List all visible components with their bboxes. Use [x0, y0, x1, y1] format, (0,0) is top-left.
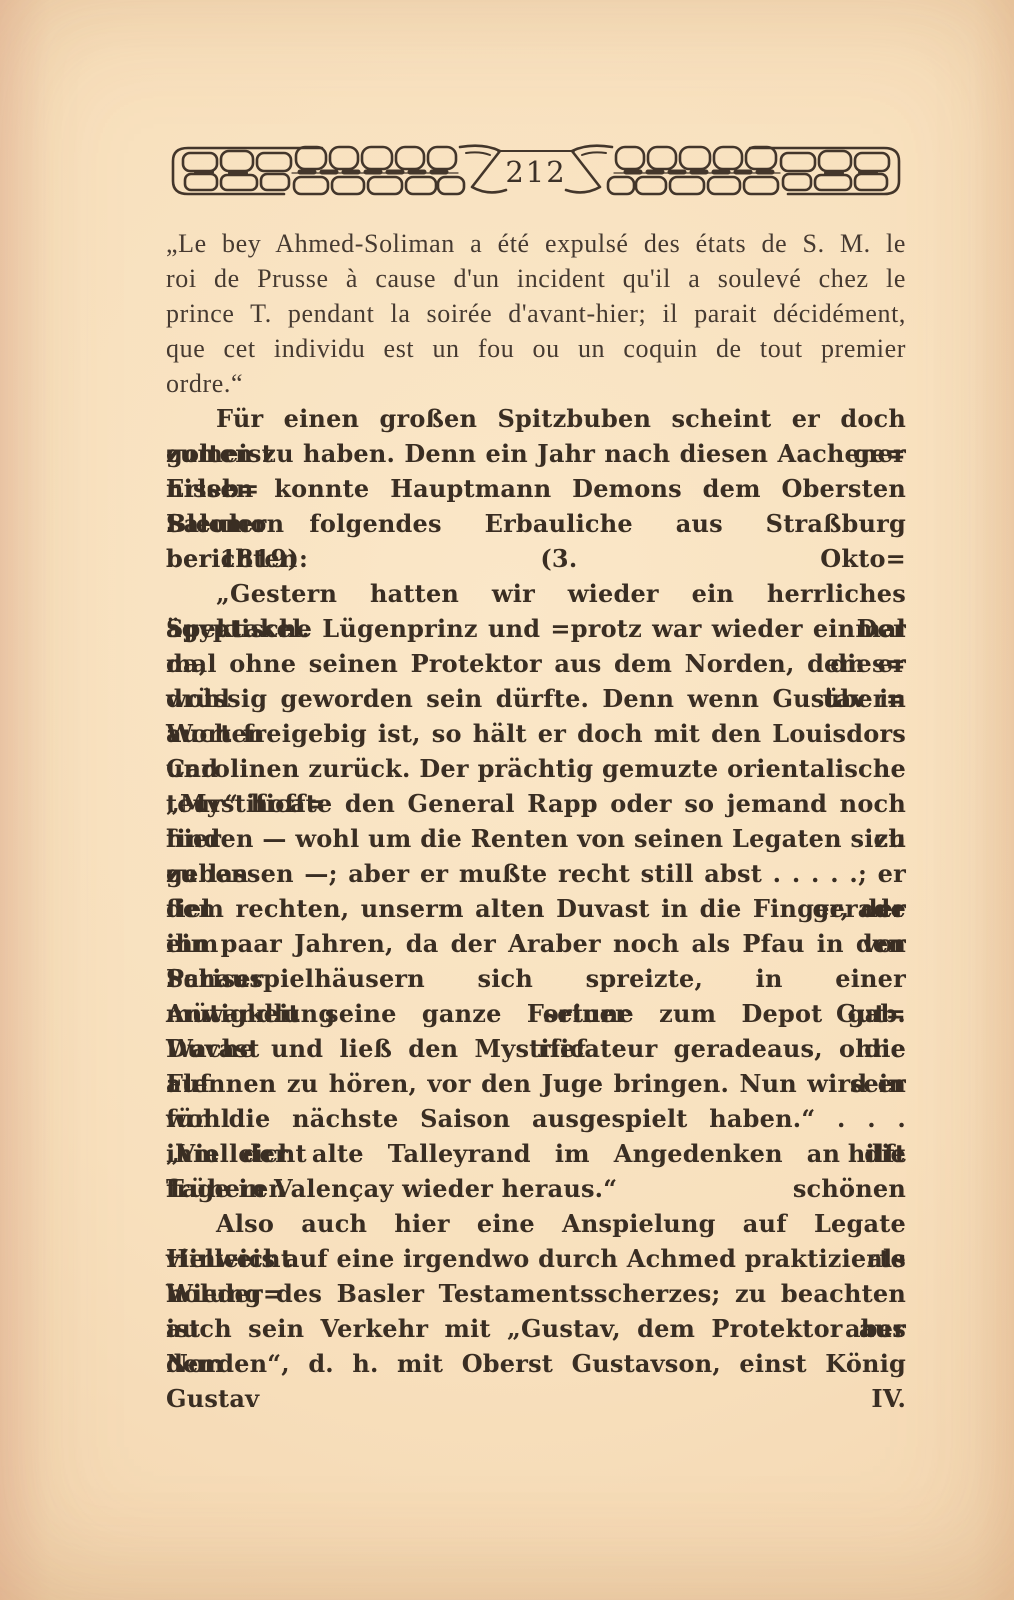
paragraph: „Le bey Ahmed-Soliman a été expulsé des … [166, 226, 906, 401]
text-line: teur“ hoffte den General Rapp oder so je… [166, 786, 906, 821]
text-line: Flennen zu hören, vor den Juge bringen. … [166, 1066, 906, 1101]
book-page: 212 „Le bey Ahmed-Soliman a été expulsé … [0, 0, 1014, 1600]
text-line: drüssig geworden sein dürfte. Denn wenn … [166, 681, 906, 716]
text-line: „Gestern hatten wir wieder ein herrliche… [166, 576, 906, 611]
text-line: „Le bey Ahmed-Soliman a été expulsé des … [166, 226, 906, 261]
text-line: nissen konnte Hauptmann Demons dem Obers… [166, 471, 906, 506]
text-line: ägyptische Lügenprinz und =protz war wie… [166, 611, 906, 646]
text-line: holung des Basler Testamentsscherzes; zu… [166, 1276, 906, 1311]
text-line: auch freigebig ist, so hält er doch mit … [166, 716, 906, 751]
text-line: dem rechten, unserm alten Duvast in die … [166, 891, 906, 926]
text-line: Also auch hier eine Anspielung auf Legat… [166, 1206, 906, 1241]
text-line: roi de Prusse à cause d'un incident qu'i… [166, 261, 906, 296]
text-line: mütigkeit seine ganze Fortune zum Depot … [166, 996, 906, 1031]
header-ornament: 212 [166, 140, 906, 200]
text-line: auch sein Verkehr mit „Gustav, dem Prote… [166, 1311, 906, 1346]
text-line: Schauspielhäusern sich spreizte, in eine… [166, 961, 906, 996]
paragraph: Also auch hier eine Anspielung auf Legat… [166, 1206, 906, 1381]
text-line: que cet individu est un fou ou un coquin… [166, 331, 906, 366]
text-line: Carolinen zurück. Der prächtig gemuzte o… [166, 751, 906, 786]
text-line: ordre.“ [166, 366, 906, 401]
text-line: finden — wohl um die Renten von seinen L… [166, 821, 906, 856]
text-line: Bleuler folgendes Erbauliche aus Straßbu… [166, 506, 906, 541]
text-line: Hinweis auf eine irgendwo durch Achmed p… [166, 1241, 906, 1276]
text-line: Für einen großen Spitzbuben scheint er d… [166, 401, 906, 436]
text-line: für die nächste Saison ausgespielt haben… [166, 1101, 906, 1136]
page-number: 212 [166, 155, 906, 189]
text-line: Norden“, d. h. mit Oberst Gustavson, ein… [166, 1346, 906, 1381]
text-line: ihm der alte Talleyrand im Angedenken an… [166, 1136, 906, 1171]
paragraph: Für einen großen Spitzbuben scheint er d… [166, 401, 906, 576]
text-line: mal ohne seinen Protektor aus dem Norden… [166, 646, 906, 681]
text-line: prince T. pendant la soirée d'avant-hier… [166, 296, 906, 331]
text-block: „Le bey Ahmed-Soliman a été expulsé des … [166, 226, 906, 1381]
text-line: Wache und ließ den Mystificateur geradea… [166, 1031, 906, 1066]
text-line: golten zu haben. Denn ein Jahr nach dies… [166, 436, 906, 471]
paragraph: „Gestern hatten wir wieder ein herrliche… [166, 576, 906, 1206]
text-line: ein paar Jahren, da der Araber noch als … [166, 926, 906, 961]
text-line: zu lassen —; aber er mußte recht still a… [166, 856, 906, 891]
